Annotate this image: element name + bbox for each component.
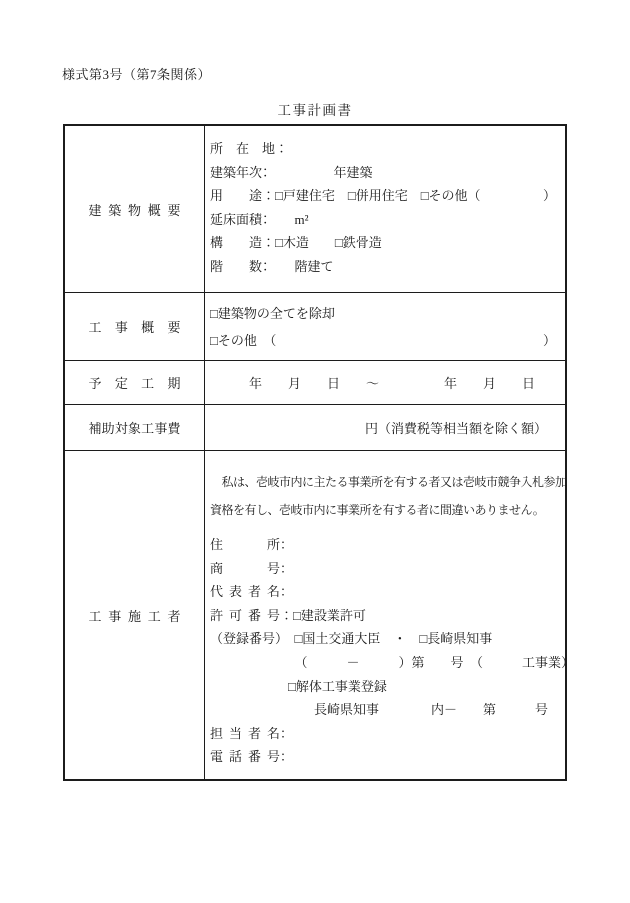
label-cell-planned-schedule: 予定工期 [65,361,205,404]
field-structure: 構 造：□木造 □鉄骨造 [210,231,556,255]
field-contractor-representative-label: 代表者名 [210,580,280,604]
field-contractor-phone: 電話番号： [210,745,565,769]
field-governor-registration: 長崎県知事 内－ 第 号 [210,698,565,722]
field-floor-area: 延床面積： m² [210,208,556,232]
field-demolition-registration-checkbox: □解体工事業登録 [210,675,565,699]
document-page: 様式第3号（第7条関係） 工事計画書 建築物概要 所 在 地： 建築年次： 年建… [0,0,630,903]
field-contractor-staff-label: 担当者名 [210,722,280,746]
field-work-other-close-paren: ） [543,327,556,354]
field-usage: 用 途：□戸建住宅 □併用住宅 □その他（ ） [210,184,556,208]
field-work-other: □その他 （ ） [210,327,556,354]
field-contractor-trade-name: 商号： [210,557,565,581]
field-contractor-permit-number: 許可番号：□建設業許可 [210,604,565,628]
row-contractor: 工事施工者 私は、壱岐市内に主たる事業所を有する者又は壱岐市競争入札参加 資格を… [65,450,565,779]
field-registration-number: （登録番号） □国土交通大臣 ・ □長崎県知事 [210,627,565,651]
field-construction-year: 建築年次： 年建築 [210,161,556,185]
field-contractor-trade-name-label: 商号 [210,557,280,581]
label-cell-subsidized-cost: 補助対象工事費 [65,405,205,450]
row-planned-schedule: 予定工期 年 月 日 ～ 年 月 日 [65,360,565,404]
field-permit-number-detail: （ － ）第 号 （ 工事業） [210,651,565,675]
colon: ： [280,749,293,764]
row-subsidized-cost: 補助対象工事費 円（消費税等相当額を除く額） [65,404,565,450]
field-schedule-period: 年 月 日 ～ 年 月 日 [249,373,535,392]
row-work-overview: 工事概要 □建築物の全てを除却 □その他 （ ） [65,292,565,360]
field-cost-unit-note: 円（消費税等相当額を除く額） [365,418,547,437]
contractor-statement-line2: 資格を有し、壱岐市内に事業所を有する者に間違いありません。 [210,496,565,524]
content-cell-contractor: 私は、壱岐市内に主たる事業所を有する者又は壱岐市競争入札参加 資格を有し、壱岐市… [205,451,565,779]
row-building-overview: 建築物概要 所 在 地： 建築年次： 年建築 用 途：□戸建住宅 □併用住宅 □… [65,126,565,292]
field-contractor-representative: 代表者名： [210,580,565,604]
field-contractor-staff: 担当者名： [210,722,565,746]
construction-plan-table: 建築物概要 所 在 地： 建築年次： 年建築 用 途：□戸建住宅 □併用住宅 □… [63,124,567,781]
contractor-statement-line1: 私は、壱岐市内に主たる事業所を有する者又は壱岐市競争入札参加 [210,468,565,496]
row-label-building-overview: 建築物概要 [89,200,181,219]
colon: ： [280,537,293,552]
field-demolish-all-checkbox: □建築物の全てを除却 [210,300,556,327]
label-cell-work-overview: 工事概要 [65,293,205,360]
field-contractor-permit-label: 許可番号 [210,604,280,628]
row-label-planned-schedule: 予定工期 [89,373,181,392]
colon: ： [280,584,293,599]
colon: ： [280,726,293,741]
field-construction-permit-checkbox: □建設業許可 [293,608,366,623]
field-location: 所 在 地： [210,137,556,161]
content-cell-work-overview: □建築物の全てを除却 □その他 （ ） [205,293,565,360]
field-contractor-address: 住所： [210,533,565,557]
label-cell-building-overview: 建築物概要 [65,126,205,292]
row-label-contractor: 工事施工者 [89,606,181,625]
field-work-other-checkbox: □その他 （ [210,327,276,354]
field-usage-options: 用 途：□戸建住宅 □併用住宅 □その他（ [210,184,481,208]
field-contractor-address-label: 住所 [210,533,280,557]
content-cell-planned-schedule: 年 月 日 ～ 年 月 日 [205,361,565,404]
content-cell-building-overview: 所 在 地： 建築年次： 年建築 用 途：□戸建住宅 □併用住宅 □その他（ ）… [205,126,565,292]
contractor-fields: 住所： 商号： 代表者名： 許可番号：□建設業許可 （登録番号） □国土交通大臣… [210,533,565,769]
document-title: 工事計画書 [0,99,630,119]
colon: ： [280,561,293,576]
field-usage-close-paren: ） [543,184,556,208]
row-label-work-overview: 工事概要 [89,317,181,336]
content-cell-subsidized-cost: 円（消費税等相当額を除く額） [205,405,565,450]
colon: ： [280,608,293,623]
form-number: 様式第3号（第7条関係） [62,64,211,83]
field-contractor-phone-label: 電話番号 [210,745,280,769]
row-label-subsidized-cost: 補助対象工事費 [89,418,181,437]
field-floors: 階 数： 階建て [210,255,556,279]
label-cell-contractor: 工事施工者 [65,451,205,779]
